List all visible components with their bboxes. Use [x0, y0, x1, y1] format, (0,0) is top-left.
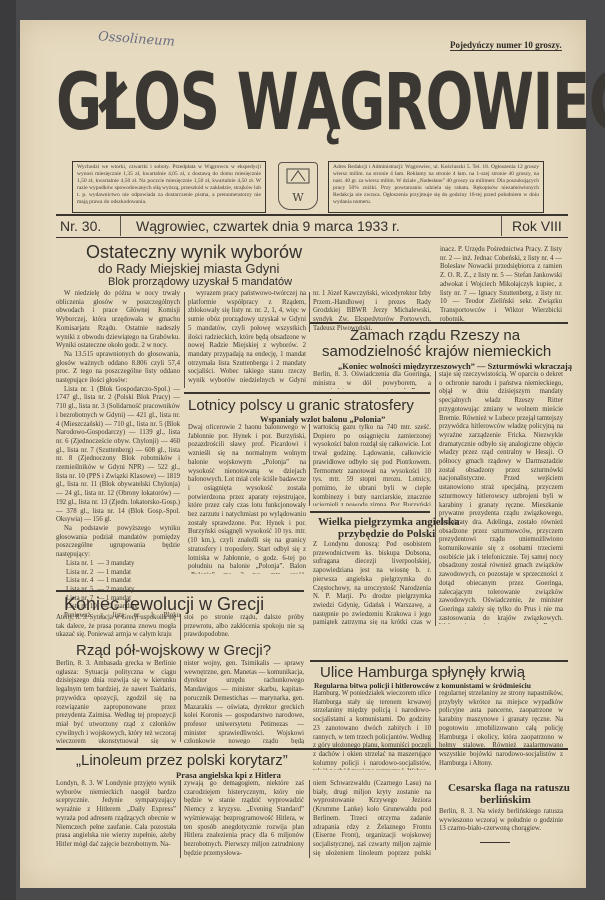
paragraph: wyrazem pracy państwowo-twórczej na plat… — [188, 290, 306, 386]
crest-emblem-icon: W — [279, 163, 317, 209]
grecja-column-2: stoi po stronie rządu, dalsze próby prze… — [184, 614, 304, 642]
column-divider — [184, 292, 185, 388]
rzesza-headline: Zamach rządu Rzeszy na — [350, 327, 520, 344]
column-divider — [180, 660, 181, 742]
hamburg-subhead: Regularna bitwa policji i hitlerowców z … — [314, 681, 531, 690]
scanner-background — [0, 0, 16, 900]
issue-line-top-rule — [56, 214, 568, 216]
gdynia-column-1: W niedzielę do późna w nocy trwały oblic… — [56, 290, 180, 618]
column-divider — [180, 780, 181, 858]
hamburg-column-2: regularnej strzelaniny ze strony napastn… — [439, 690, 563, 770]
masthead-title: GŁOS WĄGROWIECKI — [56, 64, 605, 142]
grecja-headline: Koniec rewolucji w Grecji — [64, 594, 264, 615]
column-divider — [435, 780, 436, 850]
paragraph: Na 13.515 uprawnionych do głosowania, gł… — [56, 351, 180, 386]
gdynia-headline: Ostateczny wynik wyborów — [86, 242, 302, 263]
lotnicy-headline: Lotnicy polscy u granic stratosfery — [188, 397, 414, 414]
rzad-grecja-column-2: nister wojny, gen. Tsimikalis — sprawy w… — [184, 660, 304, 744]
editorial-info-box: Adres Redakcji i Administracji: Wągrowie… — [328, 161, 544, 213]
end-mark — [480, 842, 510, 843]
lotnicy-column-1: Dwaj oficerowie 2 baonu balonowego w Jab… — [188, 424, 306, 574]
mandate-row: Lista nr. 1— 3 mandaty — [56, 560, 180, 569]
hamburg-headline: Ulice Hamburga spłynęły krwią — [320, 664, 525, 681]
cesarska-headline: Cesarska flaga na ratuszu — [448, 782, 570, 794]
paragraph: Lista nr. 1 (Blok Gospodarczo-Społ.) — 1… — [56, 386, 180, 525]
cesarska-text: Berlin, 8. 3. Na wieży berlińskiego ratu… — [439, 808, 563, 838]
column-divider — [309, 292, 310, 332]
newspaper-page: Ossolineum Pojedyńczy numer 10 groszy. G… — [20, 20, 586, 888]
rzad-grecja-headline: Rząd pół-wojskowy w Grecji? — [76, 642, 271, 659]
column-divider — [309, 780, 310, 858]
issue-year: Rok VIII — [512, 218, 562, 234]
grecja-column-1: Ateny, 8. 3. Sytuacja w Grecji uspokoiła… — [56, 614, 176, 642]
pielgrzymka-headline: Wielka pielgrzymka angielska — [318, 516, 460, 528]
rzesza-column-1: Berlin, 8. 3. Oświadczenia dla Goeringa,… — [313, 371, 431, 389]
gdynia-column-3: nr. 1 Józef Kawczyński, wicedyrektor Izb… — [313, 290, 431, 330]
column-divider — [435, 371, 436, 626]
linoleum-column-3: niem Schwarzwaldu (Czarnego Lasu) na bia… — [313, 780, 431, 858]
section-rule — [56, 748, 568, 750]
divider — [501, 216, 502, 236]
paragraph: W niedzielę do późna w nocy trwały oblic… — [56, 290, 180, 351]
column-divider — [180, 614, 181, 640]
pielgrzymka-headline-2: przybędzie do Polski — [338, 528, 435, 540]
rzesza-subhead: „Koniec wolności międzyrzeszowych” — Szt… — [338, 361, 572, 371]
issue-date-line: Wągrowiec, czwartek dnia 9 marca 1933 r. — [136, 218, 400, 234]
issue-number: Nr. 30. — [60, 218, 101, 234]
hamburg-column-1: Hamburg. W poniedziałek wieczorem ulice … — [313, 690, 431, 770]
linoleum-headline: „Linoleum przez polski korytarz” — [76, 752, 288, 769]
mandate-row: Lista nr. 4— 1 mandat — [56, 577, 180, 586]
handwritten-note: Ossolineum — [98, 29, 176, 49]
section-rule — [310, 660, 568, 662]
linoleum-subhead: Prasa angielska kpi z Hitlera — [176, 770, 281, 780]
section-rule — [310, 511, 430, 513]
gdynia-column-4: inacz. P. Urzędu Pośrednictwa Pracy. Z l… — [440, 246, 562, 332]
svg-text:W: W — [292, 191, 304, 204]
gdynia-subhead-2: Blok prorządowy uzyskał 5 mandatów — [108, 276, 292, 288]
linoleum-column-2: zywają go demagogiem, niektóre zaś czaro… — [184, 780, 304, 858]
column-divider — [309, 424, 310, 506]
pielgrzymka-text: Z Londynu donoszą: Pod osobistem przewod… — [313, 541, 431, 625]
divider — [120, 216, 121, 236]
subscription-info-box: Wychodzi we wtorki, czwartki i soboty. P… — [72, 161, 266, 213]
section-rule — [56, 590, 304, 592]
cesarska-headline-2: berlińskim — [480, 794, 531, 806]
rzad-grecja-column-1: Berlin, 8. 3. Ambasada grecka w Berlinie… — [56, 660, 176, 744]
section-rule — [310, 322, 568, 324]
issue-line-bottom-rule — [56, 237, 568, 238]
section-rule — [184, 392, 430, 394]
price-note: Pojedyńczy numer 10 groszy. — [450, 40, 562, 51]
town-crest-icon: W — [278, 162, 318, 210]
column-divider — [435, 690, 436, 770]
rzesza-headline-2: samodzielność krajów niemieckich — [322, 343, 551, 360]
lotnicy-column-2: wartością gazu tylko na 740 mtr. sześć. … — [313, 424, 431, 506]
rzesza-column-2: staje się rzeczywistością. W oparciu o d… — [439, 371, 563, 624]
gdynia-column-2: wyrazem pracy państwowo-twórczej na plat… — [188, 290, 306, 386]
paragraph: Na podstawie powyższego wyniku głosowani… — [56, 525, 180, 560]
gdynia-subhead: do Rady Miejskiej miasta Gdyni — [98, 261, 279, 276]
lotnicy-subhead: Wspaniały wzlot balonu „Polonia” — [260, 414, 385, 424]
mandate-row: Lista nr. 2— 1 mandat — [56, 569, 180, 578]
linoleum-column-1: Londyn, 8. 3. W Londynie przyjęto wynik … — [56, 780, 176, 858]
